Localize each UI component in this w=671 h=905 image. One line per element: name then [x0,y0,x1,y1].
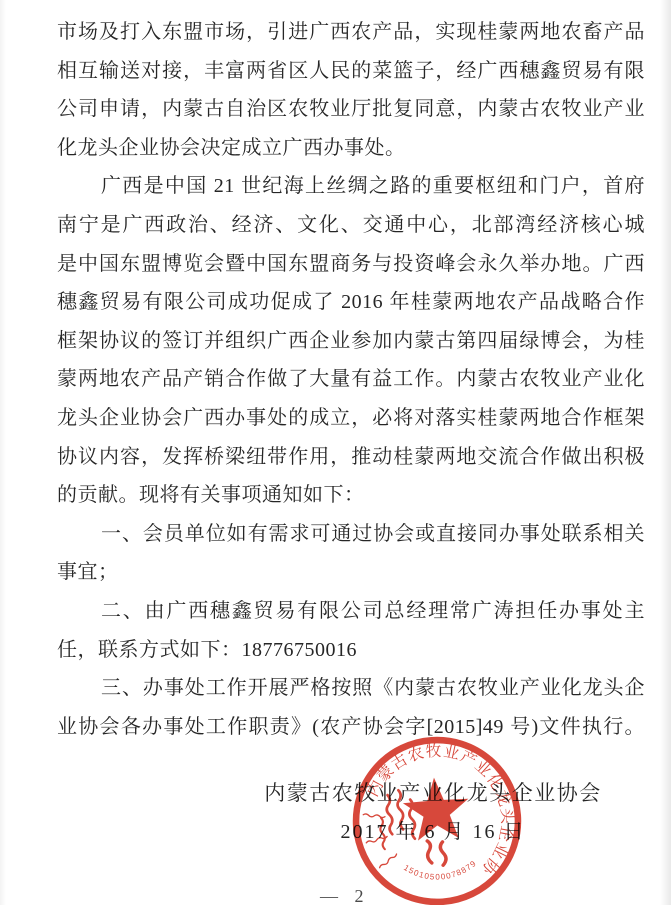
text-line: 相互输送对接，丰富两省区人民的菜篮子，经广西穗鑫贸易有限 [57,52,645,91]
text-line: 化龙头企业协会决定成立广西办事处。 [57,129,645,168]
text-line: 二、由广西穗鑫贸易有限公司总经理常广涛担任办事处主 [57,592,645,631]
text-line: 南宁是广西政治、经济、文化、交通中心，北部湾经济核心城市， [57,206,645,245]
text-line: 龙头企业协会广西办事处的成立，必将对落实桂蒙两地合作框架 [57,399,645,438]
page-number-footer: — 2 [320,886,370,905]
text-line: 穗鑫贸易有限公司成功促成了 2016 年桂蒙两地农产品战略合作 [57,283,645,322]
text-line: 事宜； [57,553,645,592]
seal-serial-number: 15010500078879 [402,858,480,884]
scan-edge-left [0,0,6,905]
text-line: 公司申请，内蒙古自治区农牧业厅批复同意，内蒙古农牧业产业 [57,90,645,129]
text-line: 是中国东盟博览会暨中国东盟商务与投资峰会永久举办地。广西 [57,245,645,284]
text-line: 市场及打入东盟市场，引进广西农产品，实现桂蒙两地农畜产品 [57,13,645,52]
official-seal: 内蒙古农牧业产业化龙头企业协会 15010500078879 [345,729,529,905]
scan-edge-right [660,0,671,905]
text-line: 的贡献。现将有关事项通知如下： [57,476,645,515]
text-line: 一、会员单位如有需求可通过协会或直接同办事处联系相关 [57,515,645,554]
document-body: 市场及打入东盟市场，引进广西农产品，实现桂蒙两地农畜产品 相互输送对接，丰富两省… [57,13,645,746]
text-line: 三、办事处工作开展严格按照《内蒙古农牧业产业化龙头企 [57,669,645,708]
scanned-document-page: { "document": { "lines": [ "市场及打入东盟市场，引进… [0,0,671,905]
text-line: 协议内容，发挥桥梁纽带作用，推动桂蒙两地交流合作做出积极 [57,438,645,477]
text-line: 框架协议的签订并组织广西企业参加内蒙古第四届绿博会，为桂 [57,322,645,361]
text-line: 任，联系方式如下：18776750016 [57,631,645,670]
text-line: 广西是中国 21 世纪海上丝绸之路的重要枢纽和门户，首府 [57,167,645,206]
text-line: 蒙两地农产品产销合作做了大量有益工作。内蒙古农牧业产业化 [57,360,645,399]
